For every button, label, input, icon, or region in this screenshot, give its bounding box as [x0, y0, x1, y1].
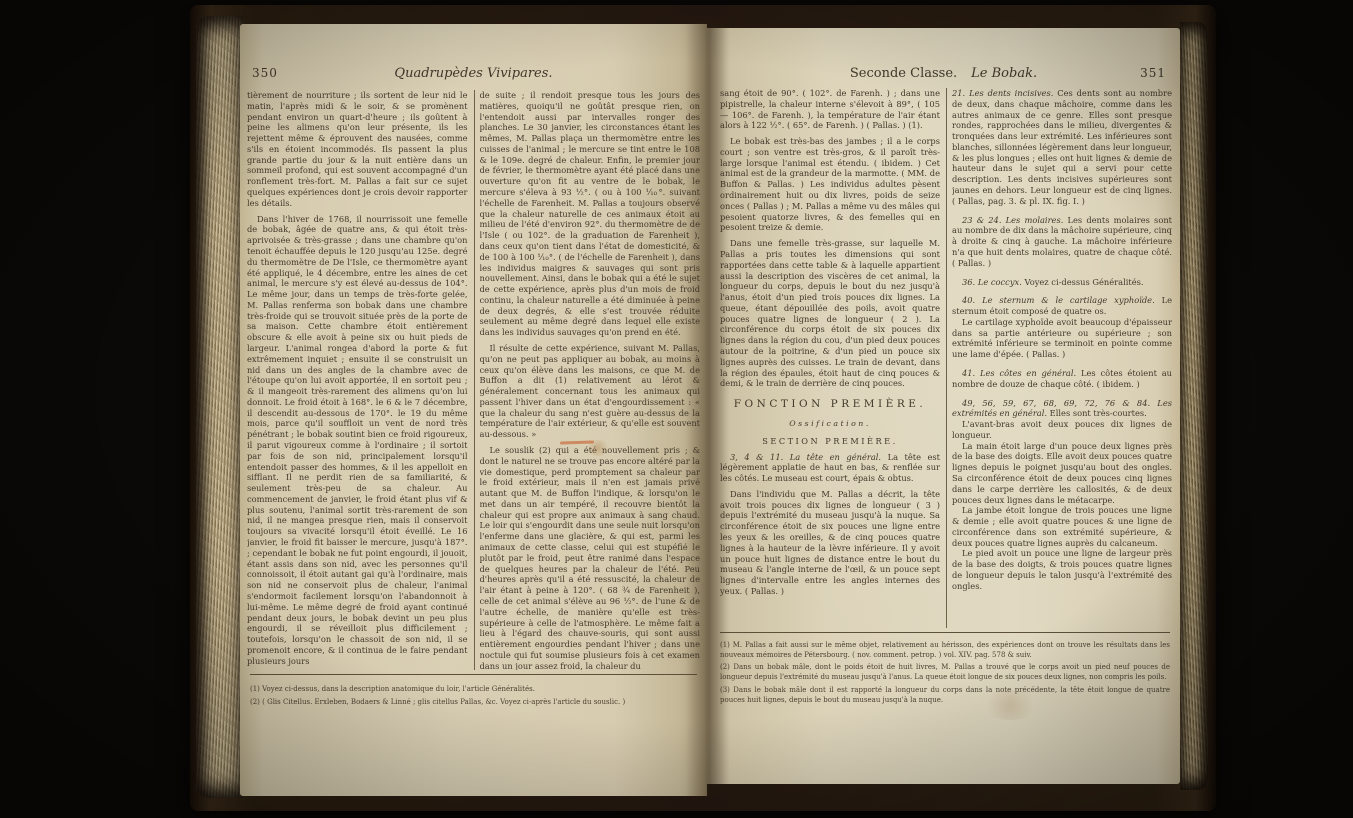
right-page: Seconde Classe.Le Bobak. 351 sang étoit … [707, 28, 1180, 784]
body-paragraph: Il résulte de cette expérience, suivant … [480, 343, 701, 440]
body-paragraph: 49, 56, 59, 67, 68, 69, 72, 76 & 84. Les… [952, 398, 1172, 420]
right-page-header: Seconde Classe.Le Bobak. 351 [715, 66, 1172, 84]
right-page-column-1: sang étoit de 90°. ( 102°. de Farenh. ) … [720, 88, 940, 628]
body-paragraph: Dans l'hiver de 1768, il nourrissoit une… [247, 214, 468, 667]
entry-label: 21. Les dents incisives. [952, 88, 1057, 98]
section-heading-ossification: Ossification. [720, 419, 940, 429]
right-page-columns: sang étoit de 90°. ( 102°. de Farenh. ) … [720, 88, 1172, 628]
body-paragraph: 3, 4 & 11. La tête en général. La tête e… [720, 452, 940, 484]
running-title-subject: Le Bobak. [971, 66, 1037, 81]
left-page-footnotes: (1) Voyez ci-dessus, dans la description… [250, 684, 697, 709]
left-page-columns: tièrement de nourriture ; ils sortent de… [247, 90, 700, 670]
body-paragraph: Le bobak est très-bas des jambes ; il a … [720, 136, 940, 233]
entry-label: 23 & 24. Les molaires. [962, 215, 1068, 225]
body-paragraph: Le cartilage xyphoïde avoit beaucoup d'é… [952, 317, 1172, 360]
entry-label: 40. Le sternum & le cartilage xyphoïde. [962, 295, 1162, 305]
body-paragraph: La main étoit large d'un pouce deux lign… [952, 441, 1172, 506]
entry-label: 36. Le coccyx. [962, 277, 1024, 287]
left-page-column-2: de suite ; il rendoit presque tous les j… [480, 90, 701, 670]
body-paragraph: de suite ; il rendoit presque tous les j… [480, 90, 701, 338]
running-title-left: Quadrupèdes Vivipares. [248, 66, 699, 81]
right-page-edges [1180, 22, 1208, 790]
running-title-class: Seconde Classe. [850, 66, 957, 81]
left-page-edges [196, 16, 243, 798]
body-paragraph: tièrement de nourriture ; ils sortent de… [247, 90, 468, 209]
body-paragraph: Le souslik (2) qui a été nouvellement pr… [480, 445, 701, 670]
body-paragraph: La jambe étoit longue de trois pouces un… [952, 505, 1172, 548]
left-page: 350 Quadrupèdes Vivipares. tièrement de … [240, 24, 707, 796]
body-paragraph: Dans l'individu que M. Pallas a décrit, … [720, 489, 940, 597]
column-rule [946, 88, 947, 628]
body-paragraph: 36. Le coccyx. Voyez ci-dessus Généralit… [952, 277, 1172, 288]
body-paragraph: 40. Le sternum & le cartilage xyphoïde. … [952, 295, 1172, 317]
footnote: (1) M. Pallas a fait aussi sur le même o… [720, 640, 1170, 660]
body-paragraph: 23 & 24. Les molaires. Les dents molaire… [952, 215, 1172, 269]
footnote: (2) ( Glis Citellus. Erxleben, Bodaers &… [250, 697, 697, 708]
footnote: (2) Dans un bobak mâle, dont le poids ét… [720, 662, 1170, 682]
left-page-header: 350 Quadrupèdes Vivipares. [248, 66, 699, 84]
body-paragraph: 41. Les côtes en général. Les côtes étoi… [952, 368, 1172, 390]
body-paragraph: sang étoit de 90°. ( 102°. de Farenh. ) … [720, 88, 940, 131]
section-heading-fonction: FONCTION PREMIÈRE. [720, 398, 940, 412]
body-paragraph: Le pied avoit un pouce une ligne de larg… [952, 548, 1172, 591]
footnote-rule [250, 674, 697, 675]
entry-label: 3, 4 & 11. La tête en général. [730, 452, 888, 462]
right-page-footnotes: (1) M. Pallas a fait aussi sur le même o… [720, 640, 1170, 707]
page-number-right: 351 [1140, 66, 1166, 80]
body-paragraph: 21. Les dents incisives. Ces dents sont … [952, 88, 1172, 207]
footnote-rule [720, 632, 1170, 633]
running-title-right: Seconde Classe.Le Bobak. [715, 66, 1172, 81]
body-paragraph: Dans une femelle très-grasse, sur laquel… [720, 238, 940, 389]
footnote: (1) Voyez ci-dessus, dans la description… [250, 684, 697, 695]
section-heading-section-premiere: SECTION PREMIÈRE. [720, 436, 940, 447]
column-rule [474, 90, 475, 670]
entry-label: 41. Les côtes en général. [962, 368, 1081, 378]
right-page-column-2: 21. Les dents incisives. Ces dents sont … [952, 88, 1172, 628]
left-page-column-1: tièrement de nourriture ; ils sortent de… [247, 90, 468, 670]
body-paragraph: L'avant-bras avoit deux pouces dix ligne… [952, 419, 1172, 441]
footnote: (3) Dans le bobak mâle dont il est rappo… [720, 685, 1170, 705]
book-photo: 350 Quadrupèdes Vivipares. tièrement de … [0, 0, 1353, 818]
